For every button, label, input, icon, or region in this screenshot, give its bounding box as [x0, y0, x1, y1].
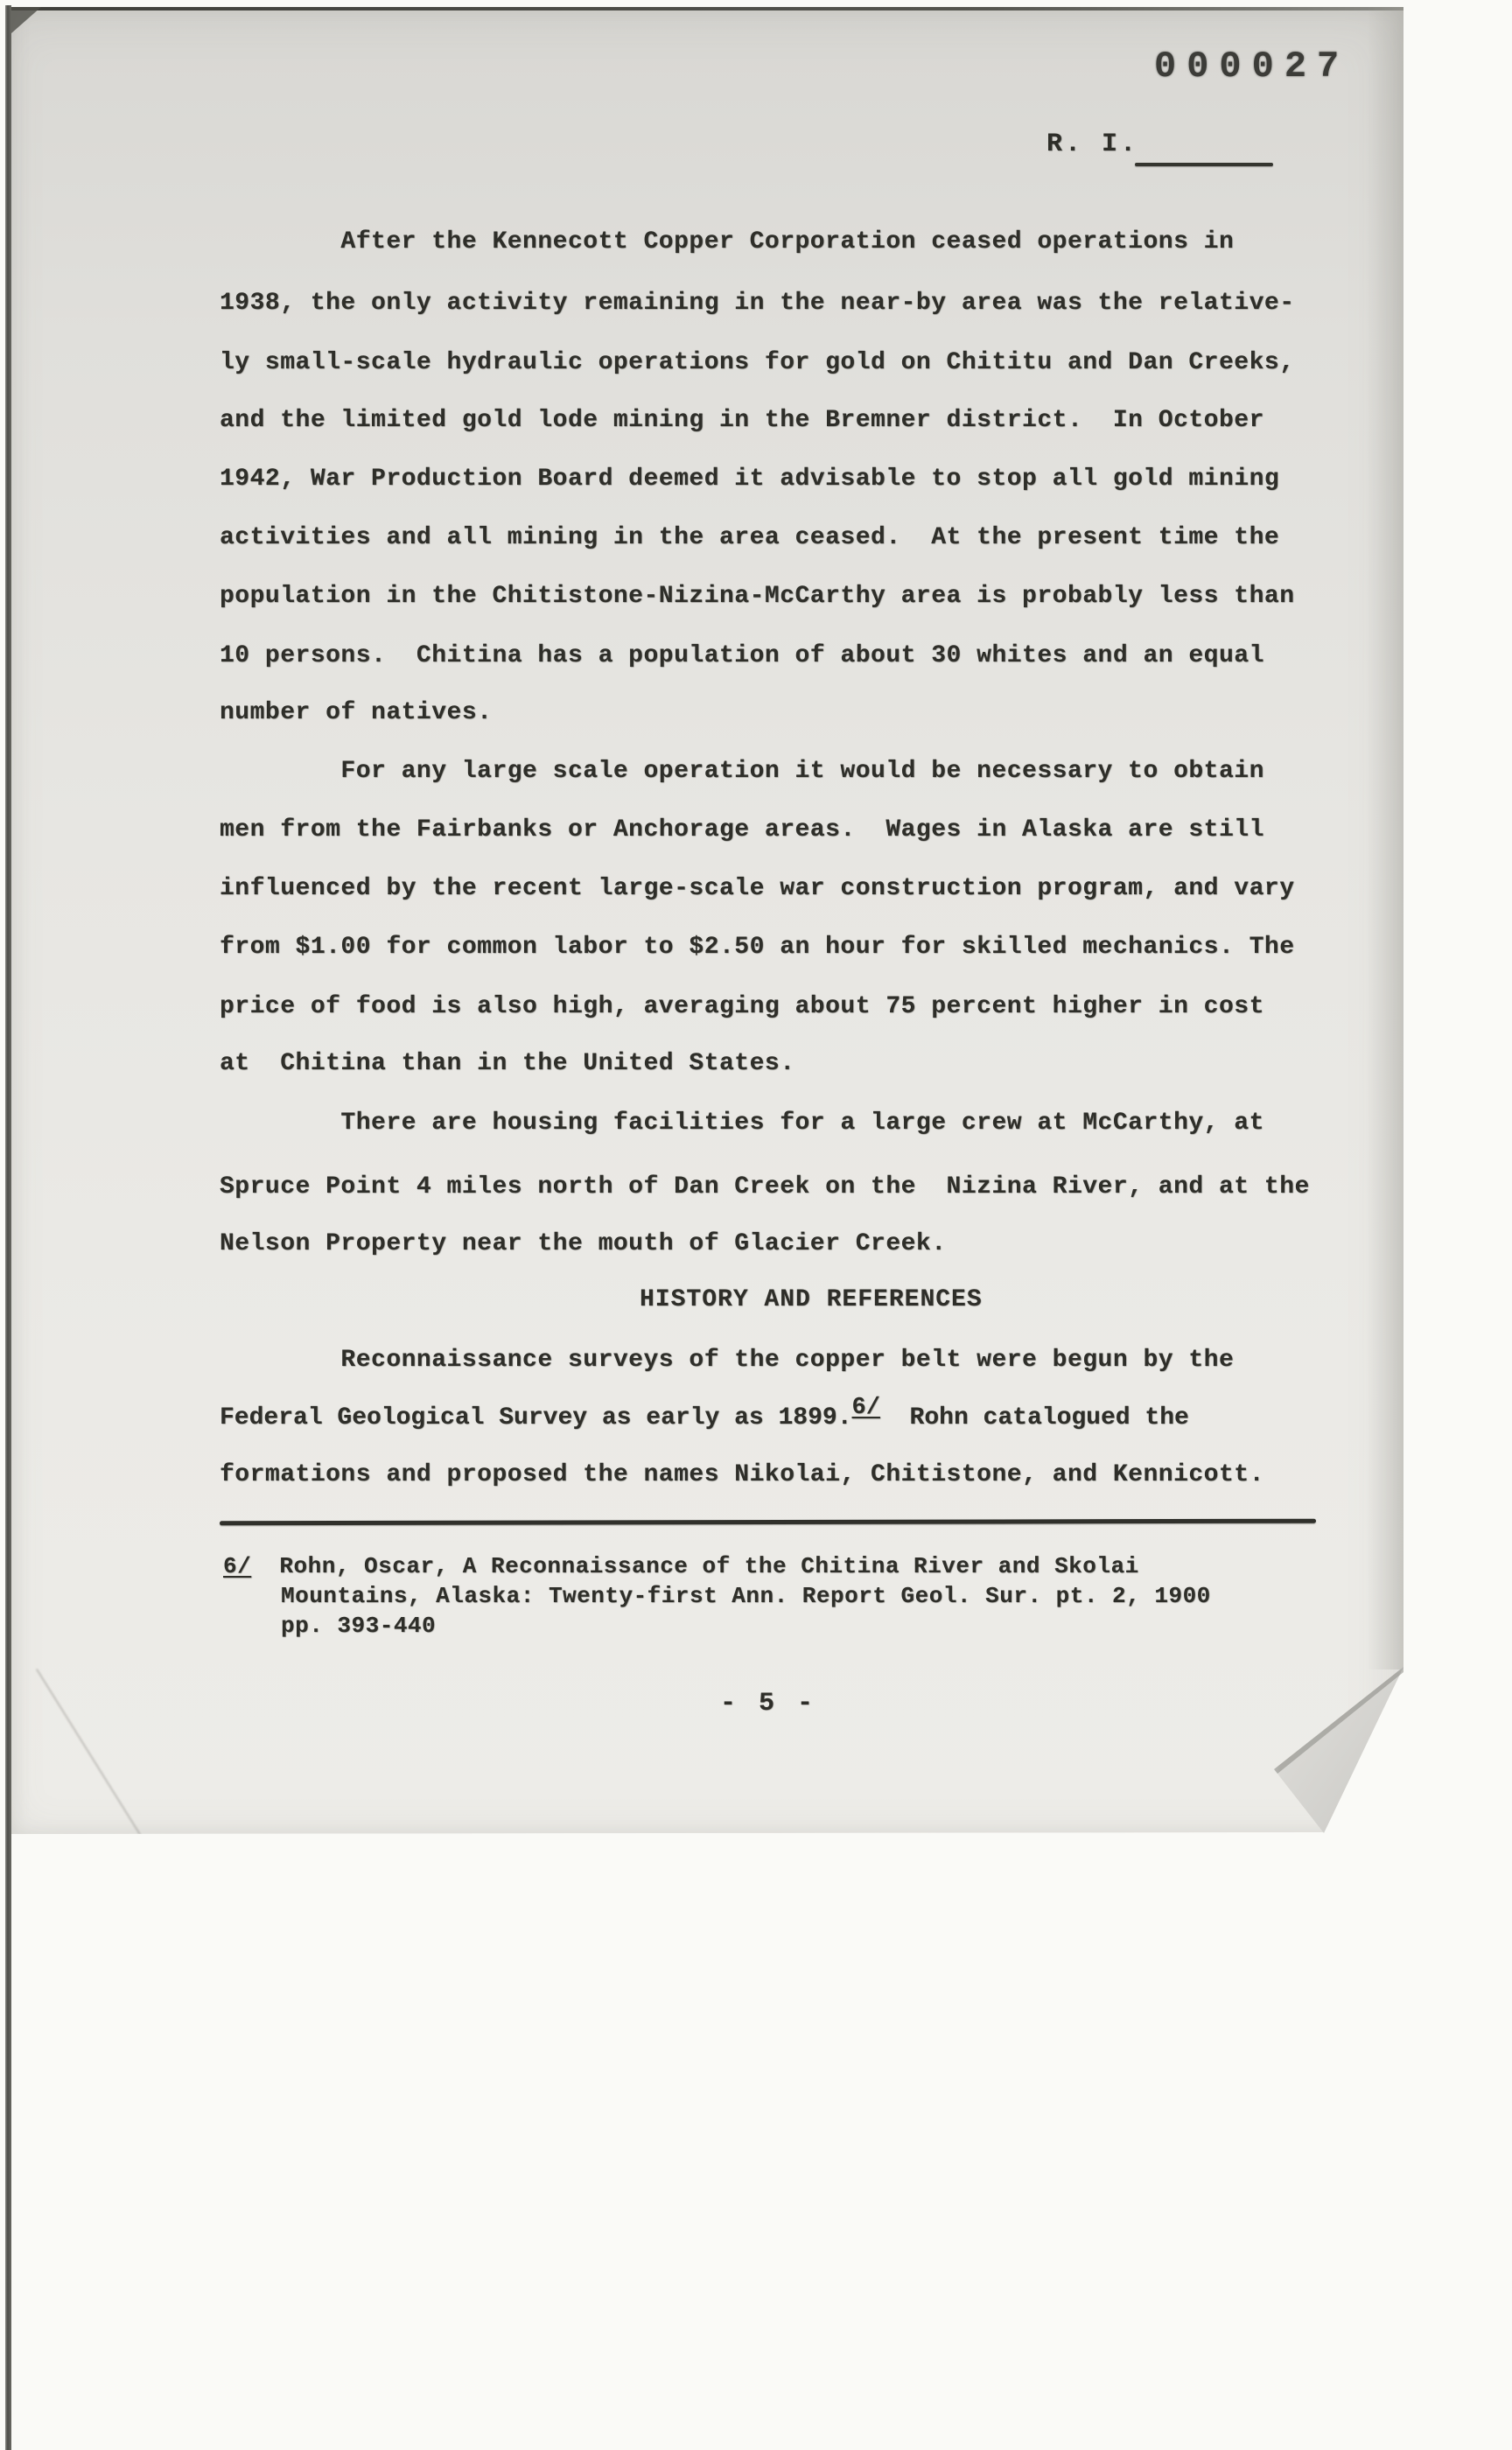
- right-edge-shading: [1367, 7, 1403, 1669]
- typed-line: activities and all mining in the area ce…: [220, 523, 1279, 553]
- typed-line: 1938, the only activity remaining in the…: [220, 289, 1295, 318]
- typed-line: price of food is also high, averaging ab…: [220, 992, 1264, 1022]
- scanned-document-screenshot: { "doc": { "stamp": "000027", "ri_label"…: [0, 0, 1512, 2450]
- typed-line: population in the Chitistone-Nizina-McCa…: [220, 582, 1295, 612]
- footnote-line: Mountains, Alaska: Twenty-first Ann. Rep…: [281, 1582, 1211, 1611]
- footnote-line: pp. 393-440: [281, 1612, 436, 1641]
- form-label-ri: R. I.: [1046, 129, 1138, 159]
- line-text: Rohn catalogued the: [880, 1404, 1189, 1431]
- typed-line: 10 persons. Chitina has a population of …: [220, 641, 1264, 671]
- footnote-text: Rohn, Oscar, A Reconnaissance of the Chi…: [251, 1553, 1138, 1579]
- typed-line: There are housing facilities for a large…: [220, 1109, 1264, 1138]
- top-left-corner-shadow: [11, 7, 41, 33]
- typed-line: Reconnaissance surveys of the copper bel…: [220, 1346, 1234, 1375]
- footnote-reference-superscript: 6/: [852, 1395, 880, 1421]
- typed-line: After the Kennecott Copper Corporation c…: [220, 227, 1234, 257]
- typed-line: ly small-scale hydraulic operations for …: [220, 348, 1295, 378]
- scanner-edge-line: [5, 5, 11, 2450]
- typed-line: men from the Fairbanks or Anchorage area…: [220, 815, 1264, 845]
- typed-line: 1942, War Production Board deemed it adv…: [220, 465, 1279, 494]
- typed-line: and the limited gold lode mining in the …: [220, 406, 1264, 436]
- footnote-divider: [220, 1519, 1316, 1526]
- crease-mark: [36, 1669, 143, 1838]
- typed-line: at Chitina than in the United States.: [220, 1049, 795, 1079]
- typed-line: For any large scale operation it would b…: [220, 757, 1264, 787]
- footnote-marker: 6/: [223, 1553, 251, 1579]
- line-text: Federal Geological Survey as early as 18…: [220, 1404, 852, 1431]
- document-number-stamp: 000027: [1154, 45, 1349, 87]
- typed-line: influenced by the recent large-scale war…: [220, 874, 1295, 904]
- typed-line: formations and proposed the names Nikola…: [220, 1460, 1264, 1490]
- typed-line: number of natives.: [220, 698, 492, 728]
- page-top-edge: [11, 7, 1403, 10]
- typed-line-with-footnote-ref: Federal Geological Survey as early as 18…: [220, 1404, 1189, 1431]
- blank-underline: [1135, 163, 1273, 166]
- scan-page: 000027 R. I. After the Kennecott Copper …: [11, 7, 1403, 1834]
- page-number: - 5 -: [720, 1689, 816, 1718]
- typed-line: Nelson Property near the mouth of Glacie…: [220, 1229, 947, 1259]
- footnote-line: 6/ Rohn, Oscar, A Reconnaissance of the …: [223, 1552, 1139, 1581]
- typed-line: from $1.00 for common labor to $2.50 an …: [220, 933, 1295, 962]
- typed-line: Spruce Point 4 miles north of Dan Creek …: [220, 1172, 1310, 1202]
- section-heading: HISTORY AND REFERENCES: [640, 1286, 983, 1313]
